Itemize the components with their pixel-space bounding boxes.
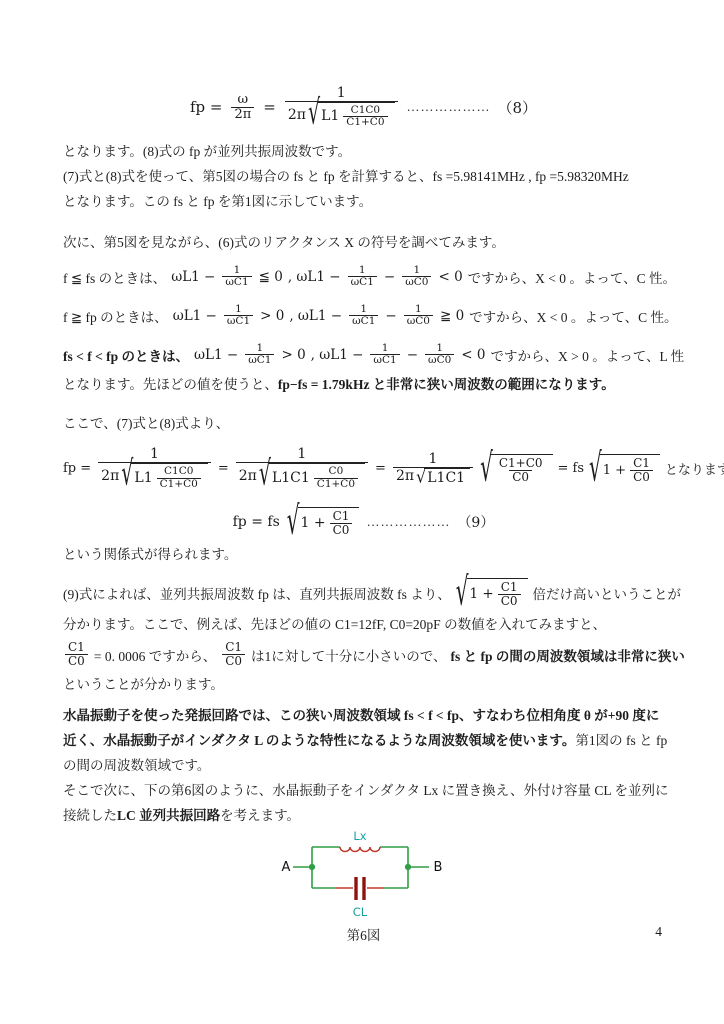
terminal-b-label: B	[433, 860, 442, 875]
reactance-case-2: f ≧ fp のときは、 ωL1 − 1ωC1 > 0 , ωL1 − 1ωC1…	[63, 299, 664, 333]
node-dot-left	[308, 864, 314, 870]
equation-number: （9）	[457, 512, 494, 532]
fraction-main: 1 2π √ L1 C1C0 C1+C0	[285, 86, 398, 129]
lc-circuit-diagram: Lx CL A B	[278, 830, 450, 922]
terminal-a-label: A	[281, 860, 290, 875]
reactance-case-1: f ≦ fs のときは、 ωL1 − 1ωC1 ≦ 0 , ωL1 − 1ωC1…	[63, 260, 664, 294]
radical: √L1C1C0C1+C0	[121, 463, 208, 490]
figure-6-circuit: Lx CL A B	[63, 830, 664, 922]
fraction-term2: 1 2π √L1C1C0C1+C0	[236, 447, 368, 490]
paragraph-narrow-band: となります。先ほどの値を使うと、fp−fs = 1.79kHz と非常に狭い周波…	[63, 372, 664, 397]
fraction: C1C0	[222, 641, 245, 668]
radical-big: √1 +C1C0	[456, 578, 528, 608]
fraction: 1ωC0	[425, 343, 454, 367]
fraction: 1ωC1	[348, 265, 377, 289]
radical-big: √1 +C1C0	[589, 454, 660, 484]
paragraph-ratio-line1: (9)式によれば、並列共振周波数 fp は、直列共振周波数 fs より、 √1 …	[63, 575, 664, 611]
paragraph-reactance-intro: 次に、第5図を見ながら、(6)式のリアクタンス X の符号を調べてみます。	[63, 230, 664, 255]
paragraph-crystal: 水晶振動子を使った発振回路では、この狭い周波数領域 fs < f < fp、すな…	[63, 703, 664, 828]
paragraph-relation: という関係式が得られます。	[63, 542, 664, 567]
fraction: 1ωC0	[402, 265, 431, 289]
figure-caption-row: 第6図 4	[63, 924, 664, 944]
radical: √L1C1	[416, 468, 470, 486]
reactance-case-3: fs < f < fp のときは、 ωL1 − 1ωC1 > 0 , ωL1 −…	[63, 338, 664, 372]
paragraph-derivation-intro: ここで、(7)式と(8)式より、	[63, 411, 664, 436]
node-dot-right	[404, 864, 410, 870]
radical-big: √C1+C0C0	[480, 454, 552, 484]
fraction: C1C0	[65, 641, 88, 668]
radical: √ L1 C1C0 C1+C0	[308, 102, 395, 129]
fraction-inner: C1C0 C1+C0	[343, 105, 387, 129]
paragraph-resonance-result: となります。(8)式の fp が並列共振周波数です。 (7)式と(8)式を使って…	[63, 139, 664, 214]
inductor-label: Lx	[353, 830, 366, 843]
capacitor-label: CL	[352, 905, 367, 919]
fraction-term1: 1 2π √L1C1C0C1+C0	[98, 447, 211, 490]
equals-sign: =	[263, 98, 276, 116]
fraction: 1ωC1	[349, 304, 378, 328]
equation-chain: fp = 1 2π √L1C1C0C1+C0 = 1 2π √L1C1C0C1+…	[63, 438, 664, 500]
fraction-omega-2pi: ω 2π	[231, 93, 254, 122]
fraction: 1ωC0	[404, 304, 433, 328]
fraction-term3: 1 2π √L1C1	[393, 452, 473, 486]
dot-leader: ………………	[407, 99, 491, 115]
equation-number: （8）	[498, 97, 538, 118]
fraction: 1ωC1	[222, 265, 251, 289]
fraction: 1ωC1	[245, 343, 274, 367]
page-number: 4	[655, 924, 662, 940]
radical: √L1C1C0C1+C0	[259, 463, 365, 490]
dot-leader: ………………	[366, 514, 450, 530]
capacitor-symbol	[356, 877, 364, 900]
inductor-symbol	[340, 847, 380, 852]
figure-caption: 第6図	[63, 924, 664, 944]
paragraph-ratio-line4: ということが分かります。	[63, 672, 664, 697]
equation-8: fp = ω 2π = 1 2π √ L1 C1C0 C1+C0	[63, 86, 664, 129]
fraction: 1ωC1	[370, 343, 399, 367]
fraction: 1ωC1	[224, 304, 253, 328]
radical-big: √1 +C1C0	[287, 507, 360, 537]
paragraph-ratio-line3: C1C0 = 0. 0006 ですから、 C1C0 は1に対して十分に小さいので…	[63, 638, 664, 672]
equation-9: fp = fs √1 +C1C0 ……………… （9）	[63, 502, 664, 542]
document-page: fp = ω 2π = 1 2π √ L1 C1C0 C1+C0	[0, 0, 724, 1024]
eq8-lhs: fp =	[190, 98, 223, 116]
paragraph-ratio-line2: 分かります。ここで、例えば、先ほどの値の C1=12fF, C0=20pF の数…	[63, 611, 664, 638]
